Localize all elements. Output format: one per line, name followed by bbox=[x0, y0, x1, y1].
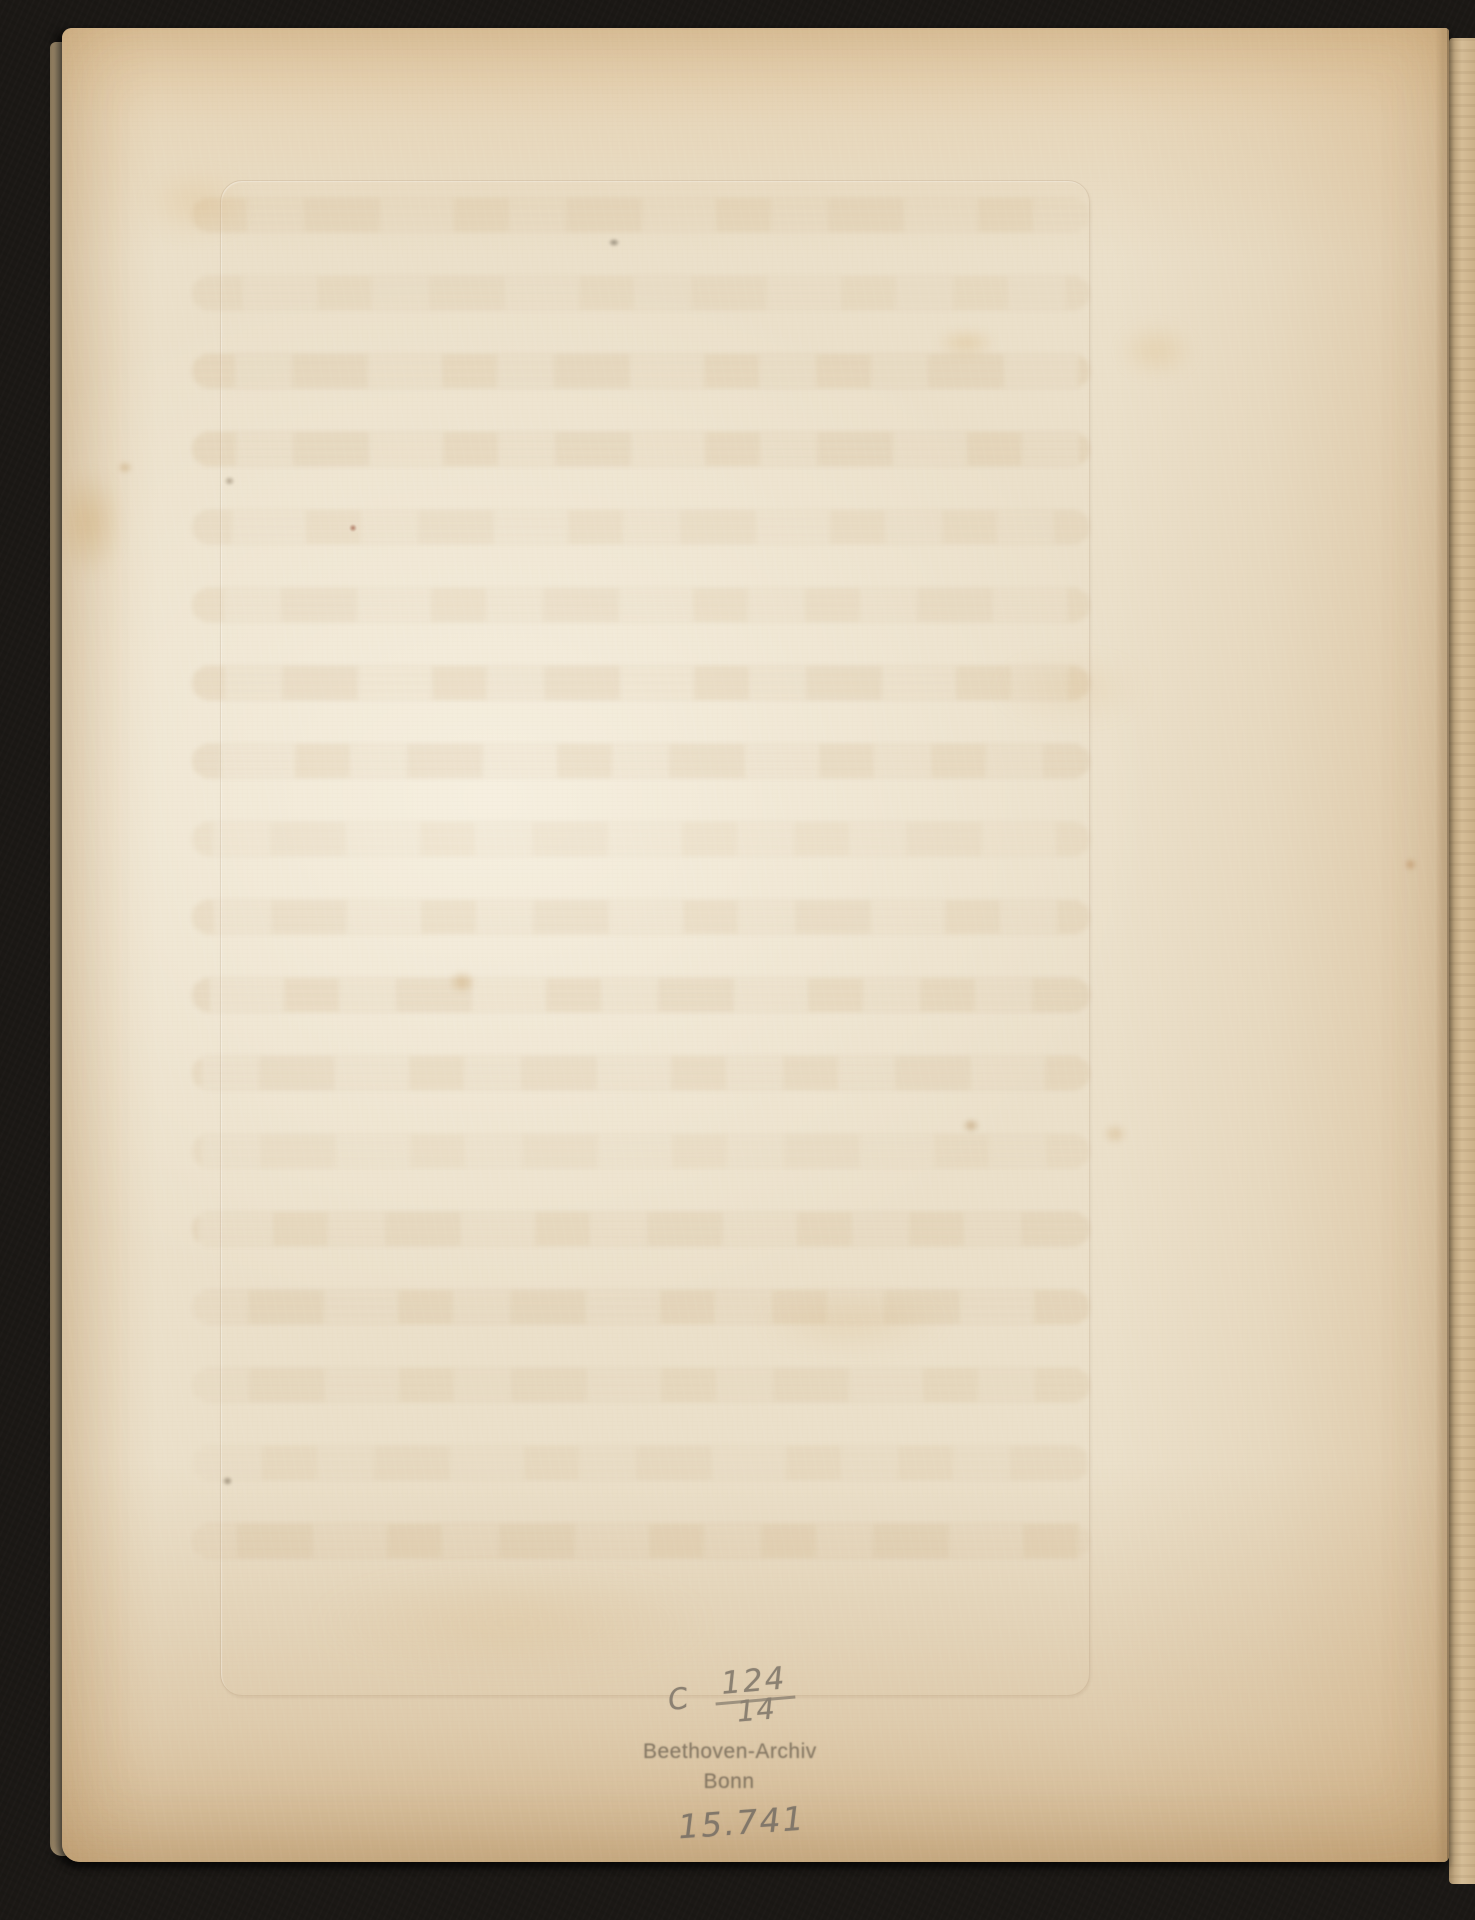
staff-bleed-band bbox=[192, 1290, 1090, 1324]
paper-shading bbox=[62, 28, 1449, 1862]
adjacent-leaf-edge bbox=[1449, 38, 1475, 1884]
shelfmark-pencil: C 124 14 bbox=[660, 1658, 800, 1748]
paper-grain bbox=[62, 28, 1449, 1862]
accession-number-pencil: 15.741 bbox=[677, 1799, 807, 1847]
stain bbox=[1117, 323, 1197, 378]
stain bbox=[962, 1118, 980, 1133]
staff-bleed-band bbox=[192, 276, 1090, 310]
stain bbox=[992, 653, 1152, 723]
stain bbox=[62, 468, 124, 578]
stain bbox=[752, 1293, 952, 1353]
stain bbox=[934, 328, 998, 358]
staff-bleed-band bbox=[192, 510, 1090, 544]
stain-group bbox=[62, 28, 1449, 1862]
staff-bleed-band bbox=[192, 978, 1090, 1012]
stain bbox=[222, 1476, 233, 1486]
staff-bleed-band bbox=[192, 1368, 1090, 1402]
staff-bleed-band bbox=[192, 1446, 1090, 1480]
staff-bleed-band bbox=[192, 822, 1090, 856]
stain bbox=[608, 238, 620, 247]
staff-bleed-band bbox=[192, 1056, 1090, 1090]
staff-bleed-band bbox=[192, 1134, 1090, 1168]
stain bbox=[448, 970, 476, 994]
staff-bleed-band bbox=[192, 1212, 1090, 1246]
manuscript-page: C 124 14 Beethoven-Archiv Bonn 15.741 bbox=[62, 28, 1449, 1862]
archive-stamp-line1: Beethoven-Archiv bbox=[643, 1741, 815, 1763]
staff-bleedthrough-group bbox=[62, 28, 1449, 1862]
staff-bleed-band bbox=[192, 354, 1090, 388]
plate-mark-emboss bbox=[220, 180, 1090, 1696]
stain bbox=[1404, 858, 1417, 871]
staff-bleed-band bbox=[192, 666, 1090, 700]
stain bbox=[142, 168, 252, 238]
stain bbox=[1102, 1123, 1128, 1145]
adjacent-leaf-texture bbox=[1449, 38, 1475, 1884]
shelfmark-denominator: 14 bbox=[735, 1689, 777, 1728]
archive-stamp-line2: Bonn bbox=[643, 1771, 815, 1793]
staff-bleed-band bbox=[192, 198, 1090, 232]
archive-stamp: Beethoven-Archiv Bonn bbox=[643, 1741, 815, 1793]
staff-bleed-band bbox=[192, 744, 1090, 778]
stain bbox=[117, 461, 133, 474]
stain bbox=[302, 1568, 722, 1678]
stain bbox=[224, 476, 235, 486]
shelfmark-prefix: C bbox=[665, 1681, 691, 1718]
page-edge-crease bbox=[1435, 28, 1449, 1862]
stain bbox=[349, 524, 357, 532]
staff-bleed-band bbox=[192, 588, 1090, 622]
staff-bleed-band bbox=[192, 432, 1090, 466]
staff-bleed-band bbox=[192, 900, 1090, 934]
staff-bleed-band bbox=[192, 1524, 1090, 1558]
shelfmark-fraction: 124 14 bbox=[708, 1662, 803, 1728]
